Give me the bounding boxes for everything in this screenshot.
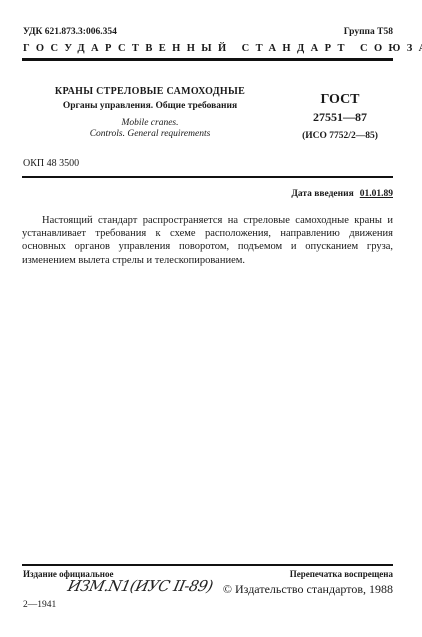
introduction-date-label: Дата введения bbox=[291, 189, 353, 199]
english-title: Mobile cranes. Controls. General require… bbox=[40, 118, 260, 140]
okp-code: ОКП 48 3500 bbox=[23, 158, 79, 169]
udk-code: УДК 621.873.3:006.354 bbox=[23, 27, 117, 37]
print-number: 2—1941 bbox=[23, 600, 56, 610]
okp-rule bbox=[22, 176, 393, 178]
copyright-notice: © Издательство стандартов, 1988 bbox=[223, 582, 393, 597]
english-title-line1: Mobile cranes. bbox=[40, 118, 260, 129]
scope-paragraph: Настоящий стандарт распространяется на с… bbox=[22, 214, 393, 267]
english-title-line2: Controls. General requirements bbox=[40, 129, 260, 140]
iso-reference: (ИСО 7752/2—85) bbox=[285, 131, 395, 141]
document-subtitle: Органы управления. Общие требования bbox=[40, 101, 260, 111]
gost-number: 27551—87 bbox=[285, 110, 395, 125]
document-title: КРАНЫ СТРЕЛОВЫЕ САМОХОДНЫЕ bbox=[40, 86, 260, 97]
gost-label: ГОСТ bbox=[285, 92, 395, 108]
introduction-date: Дата введения01.01.89 bbox=[291, 189, 393, 199]
handwritten-amendment-note: ИЗМ.N1(ИУС II-89) bbox=[66, 577, 214, 595]
introduction-date-value: 01.01.89 bbox=[360, 189, 393, 199]
header-rule bbox=[22, 58, 393, 61]
group-code: Группа Т58 bbox=[344, 27, 393, 37]
state-standard-heading: ГОСУДАРСТВЕННЫЙ СТАНДАРТ СОЮЗА ССР bbox=[23, 43, 422, 54]
reprint-prohibited-label: Перепечатка воспрещена bbox=[290, 569, 393, 579]
footer-rule bbox=[22, 564, 393, 566]
